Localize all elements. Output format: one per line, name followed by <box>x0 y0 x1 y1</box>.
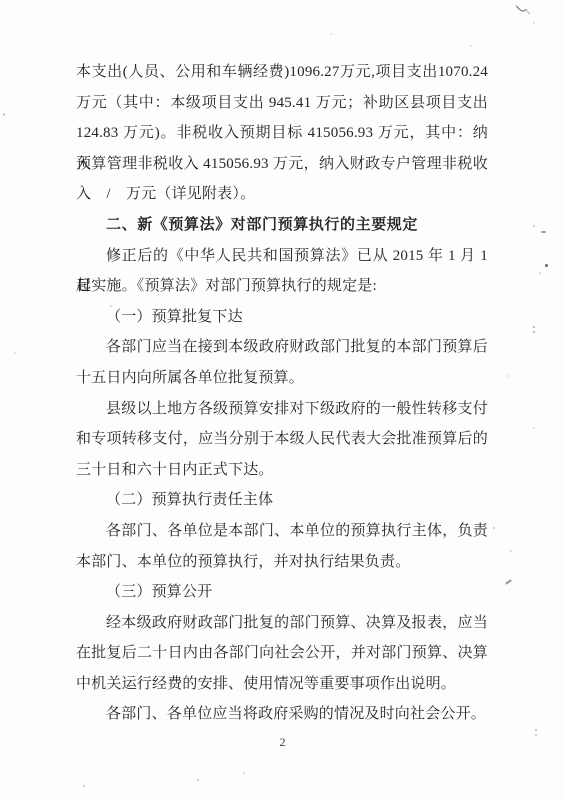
document-body: 本支出(人员、公用和车辆经费)1096.27万元,项目支出1070.24 万元（… <box>76 57 488 730</box>
text-line: 和专项转移支付，应当分别于本级人民代表大会批准预算后的 <box>76 424 488 455</box>
scan-speck <box>508 375 510 377</box>
pencil-mark-icon <box>514 2 536 20</box>
scan-speck <box>83 785 85 787</box>
scan-speck <box>533 427 535 429</box>
page-number: 2 <box>0 735 565 750</box>
scan-speck <box>533 225 535 227</box>
text-line: 各部门、各单位是本部门、本单位的预算执行主体，负责 <box>76 516 488 547</box>
scan-speck <box>533 331 535 333</box>
scan-speck <box>539 272 541 274</box>
scanned-document-page: 本支出(人员、公用和车辆经费)1096.27万元,项目支出1070.24 万元（… <box>0 0 565 800</box>
text-line: 万元（其中：本级项目支出 945.41 万元；补助区县项目支出 <box>76 88 488 119</box>
text-line: 修正后的《中华人民共和国预算法》已从 2015 年 1 月 1 日 <box>76 241 488 272</box>
subsection-heading: （一）预算批复下达 <box>76 302 488 333</box>
scan-speck <box>243 772 245 774</box>
text-line: 入 / 万元（详见附表）。 <box>76 179 488 210</box>
scan-speck <box>541 231 546 233</box>
text-line: 十五日内向所属各单位批复预算。 <box>76 363 488 394</box>
scan-speck <box>535 734 537 736</box>
subsection-heading: （二）预算执行责任主体 <box>76 485 488 516</box>
text-line: 三十日和六十日内正式下达。 <box>76 455 488 486</box>
scan-speck <box>330 33 332 35</box>
scan-speck <box>510 550 512 552</box>
scan-speck <box>545 264 548 267</box>
scan-speck <box>110 305 112 307</box>
text-line: 各部门、各单位应当将政府采购的情况及时向社会公开。 <box>76 699 488 730</box>
scan-speck <box>470 45 472 47</box>
text-line: 经本级政府财政部门批复的部门预算、决算及报表，应当 <box>76 608 488 639</box>
scan-speck <box>493 527 495 529</box>
text-line: 124.83 万元)。非税收入预期目标 415056.93 万元，其中：纳入 <box>76 118 488 149</box>
text-line: 在批复后二十日内由各部门向社会公开，并对部门预算、决算 <box>76 638 488 669</box>
text-line: 各部门应当在接到本级政府财政部门批复的本部门预算后 <box>76 332 488 363</box>
text-line: 本支出(人员、公用和车辆经费)1096.27万元,项目支出1070.24 <box>76 57 488 88</box>
section-heading: 二、新《预算法》对部门预算执行的主要规定 <box>76 210 488 241</box>
scan-speck <box>505 579 512 585</box>
subsection-heading: （三）预算公开 <box>76 577 488 608</box>
text-line: 县级以上地方各级预算安排对下级政府的一般性转移支付 <box>76 394 488 425</box>
text-line: 本部门、本单位的预算执行，并对执行结果负责。 <box>76 547 488 578</box>
text-line: 中机关运行经费的安排、使用情况等重要事项作出说明。 <box>76 669 488 700</box>
scan-speck <box>533 326 535 328</box>
scan-speck <box>14 352 16 354</box>
scan-speck <box>197 779 199 781</box>
scan-speck <box>535 729 537 731</box>
scan-speck <box>533 22 535 24</box>
text-line: 预算管理非税收入 415056.93 万元，纳入财政专户管理非税收 <box>76 149 488 180</box>
scan-speck <box>312 130 314 132</box>
scan-speck <box>3 113 5 116</box>
text-line: 起实施。《预算法》对部门预算执行的规定是: <box>76 271 488 302</box>
